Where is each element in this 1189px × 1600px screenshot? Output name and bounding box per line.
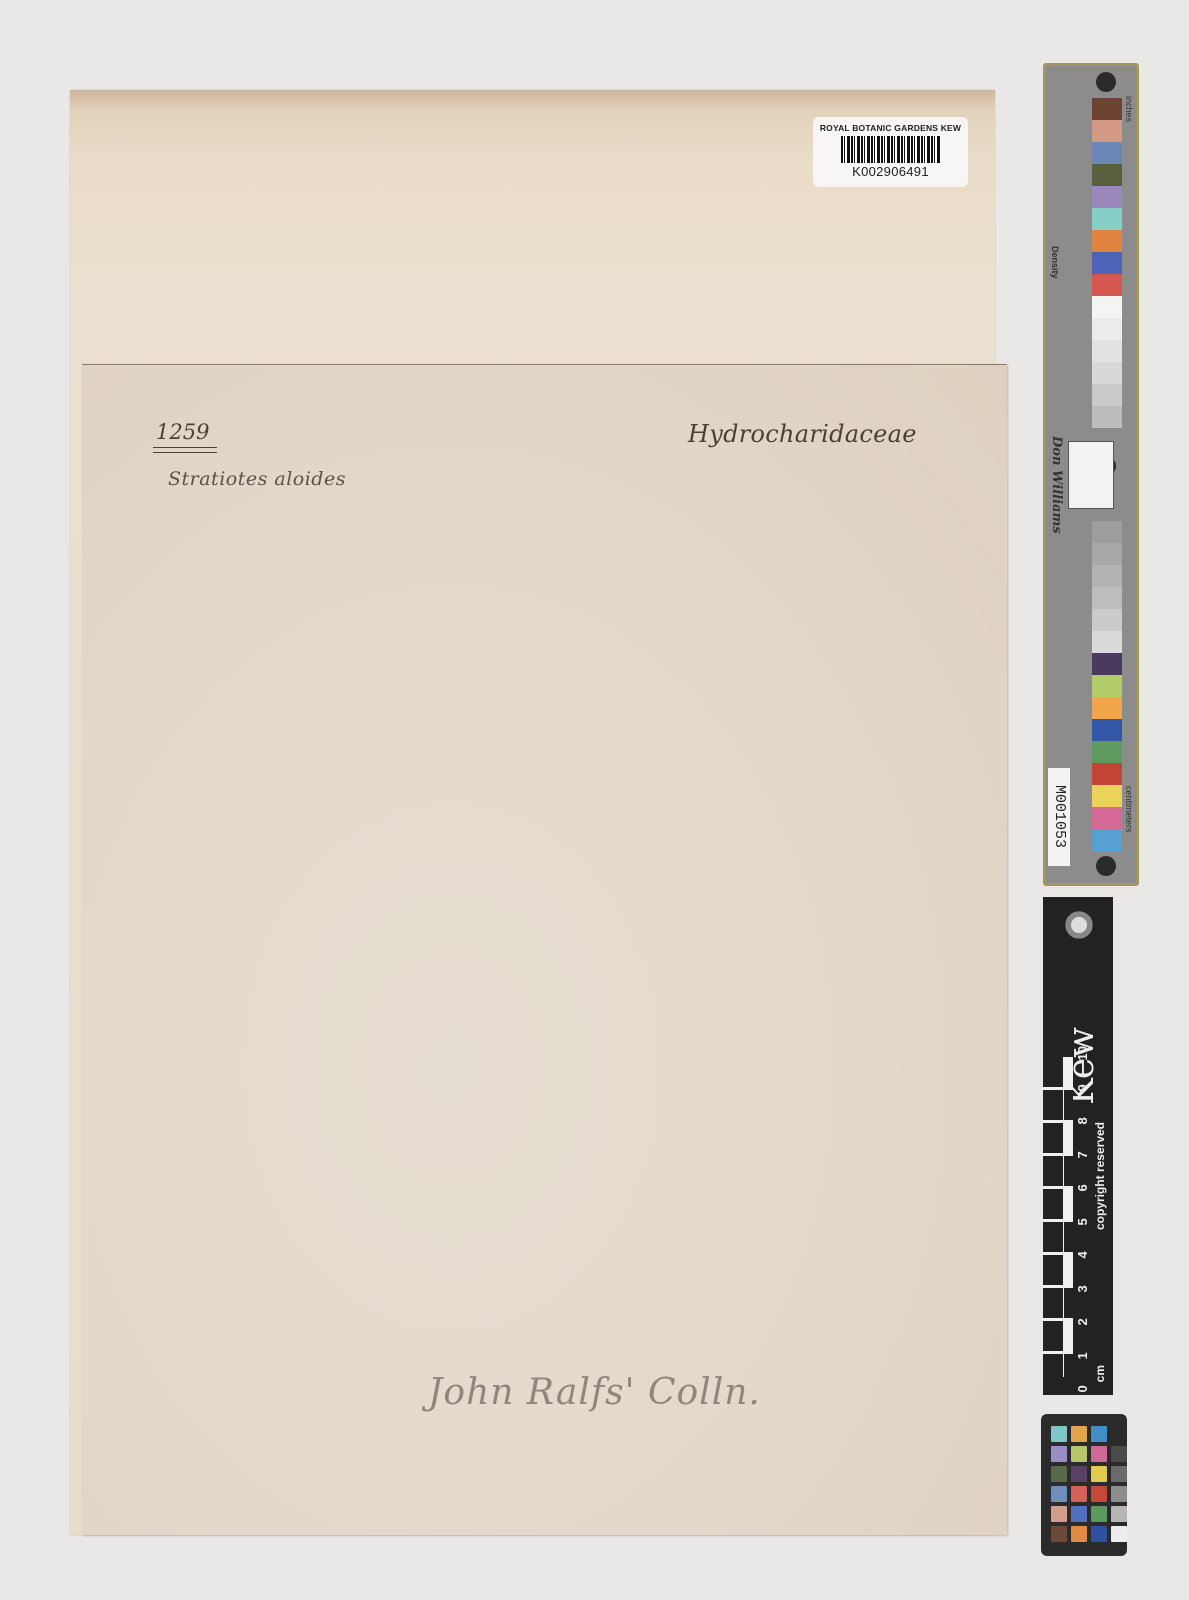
color-patch [1092,230,1122,252]
color-checker-cell [1071,1426,1087,1442]
color-checker-cell [1071,1466,1087,1482]
color-patch [1092,274,1122,296]
color-checker-grid [1051,1426,1127,1542]
scale-tick-label: 8 [1075,1104,1090,1138]
scale-tick-label: 5 [1075,1205,1090,1239]
color-checker-cell [1111,1506,1127,1522]
color-patch [1092,829,1122,851]
color-checker-cell [1111,1486,1127,1502]
color-patch [1092,565,1122,587]
color-patch [1092,653,1122,675]
species-name: Stratiotes aloides [168,468,346,490]
kew-crest-icon [1063,909,1095,941]
color-checker-cell [1071,1486,1087,1502]
scale-tick-label: 1 [1075,1339,1090,1373]
color-patch [1092,609,1122,631]
color-patch [1092,362,1122,384]
sheet-number: 1259 [156,420,209,444]
color-patch [1092,98,1122,120]
ruler-hole-icon [1096,856,1116,876]
color-checker-cell [1111,1466,1127,1482]
scale-tick-label: 6 [1075,1171,1090,1205]
ruler-brand: Don Williams [1049,436,1064,534]
scale-tick-label: 0 [1075,1372,1090,1406]
color-patch [1092,521,1122,543]
color-checker-cell [1111,1526,1127,1542]
color-checker-card [1041,1414,1127,1556]
color-checker-cell [1111,1426,1127,1442]
color-checker-cell [1051,1526,1067,1542]
color-checker-cell [1051,1506,1067,1522]
family-name: Hydrocharidaceae [688,420,917,448]
color-patches-lower [1092,521,1122,851]
scale-tick-label: 3 [1075,1272,1090,1306]
barcode-label: ROYAL BOTANIC GARDENS KEW K002906491 [813,117,968,187]
color-checker-cell [1091,1506,1107,1522]
color-checker-cell [1051,1486,1067,1502]
color-patch [1092,164,1122,186]
color-patches-upper [1092,98,1122,428]
specimen-sheet [82,364,1007,1535]
ruler-id: M001053 [1048,768,1070,866]
collector-annotation: John Ralfs' Colln. [428,1372,761,1413]
color-checker-cell [1071,1446,1087,1462]
color-patch [1092,543,1122,565]
color-patch [1092,697,1122,719]
scale-tick-label: 4 [1075,1238,1090,1272]
color-checker-cell [1071,1526,1087,1542]
color-patch [1092,807,1122,829]
color-patch [1092,142,1122,164]
color-patch [1092,252,1122,274]
color-checker-cell [1051,1446,1067,1462]
color-patch [1092,675,1122,697]
color-checker-cell [1111,1446,1127,1462]
color-patch [1092,785,1122,807]
color-patch [1092,631,1122,653]
density-label: Density [1050,246,1060,279]
scale-tick-label: 9 [1075,1071,1090,1105]
barcode-icon [841,136,941,163]
color-patch [1092,120,1122,142]
centimeters-label: centimeters [1124,786,1134,833]
resolution-target [1068,441,1114,509]
color-patch [1092,340,1122,362]
barcode-number: K002906491 [813,164,968,179]
color-checker-cell [1051,1426,1067,1442]
color-patch [1092,208,1122,230]
color-patch [1092,719,1122,741]
scale-tick-labels: 109876543210 [1075,1037,1093,1406]
kew-scale-bar: Kew copyright reserved 109876543210 cm [1043,897,1113,1395]
sheet-number-underline [153,447,217,453]
color-patch [1092,296,1122,318]
color-checker-cell [1091,1426,1107,1442]
color-checker-cell [1091,1446,1107,1462]
unit-label: cm [1093,1365,1107,1382]
color-patch [1092,741,1122,763]
scale-tick-label: 7 [1075,1138,1090,1172]
color-patch [1092,318,1122,340]
color-patch [1092,406,1122,428]
scale-tick-label: 10 [1075,1037,1090,1071]
color-patch [1092,186,1122,208]
inches-label: inches [1124,96,1134,122]
color-patch [1092,384,1122,406]
color-checker-cell [1091,1466,1107,1482]
copyright-text: copyright reserved [1093,1122,1107,1230]
color-patch [1092,587,1122,609]
color-patch [1092,763,1122,785]
scale-tick-label: 2 [1075,1305,1090,1339]
color-calibration-ruler: inches centimeters Density Don Williams … [1043,63,1139,886]
ruler-hole-icon [1096,72,1116,92]
color-checker-cell [1051,1466,1067,1482]
color-checker-cell [1091,1526,1107,1542]
scale-bars [1043,1057,1073,1377]
institution-name: ROYAL BOTANIC GARDENS KEW [813,123,968,133]
color-checker-cell [1071,1506,1087,1522]
color-checker-cell [1091,1486,1107,1502]
